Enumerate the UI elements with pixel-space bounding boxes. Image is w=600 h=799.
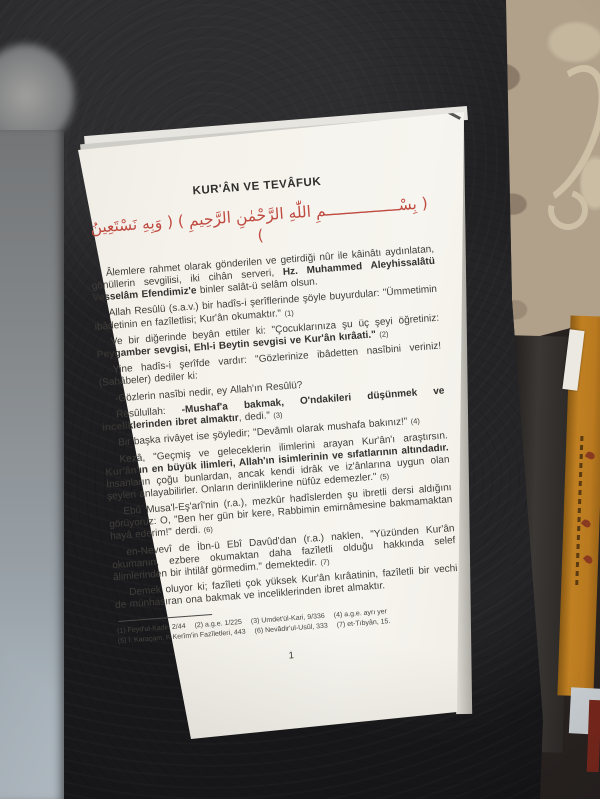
- footnote-marker: (4): [410, 417, 420, 427]
- body-paragraphs: Âlemlere rahmet olarak gönderilen ve get…: [91, 244, 459, 612]
- footnote-marker: (1): [284, 308, 294, 318]
- footnote-marker: (7): [320, 557, 330, 567]
- page-number: 1: [119, 638, 463, 674]
- page-content: KUR'ÂN VE TEVÂFUK ( بِسْــــــــــــــــ…: [66, 123, 482, 715]
- footnote-item: (7) et-Tıbyân, 15.: [337, 618, 391, 629]
- footnotes: (1) Feyd'ul-Kadir, 2/44(2) a.g.e. 1/225(…: [117, 602, 461, 646]
- text-run: , dedi.": [238, 410, 273, 424]
- footnote-marker: (5): [380, 472, 390, 482]
- footnote-marker: (3): [273, 410, 283, 420]
- footnote-marker: (2): [379, 329, 389, 339]
- book-photo-scene: KUR'ÂN VE TEVÂFUK ( بِسْــــــــــــــــ…: [0, 0, 600, 799]
- footnote-marker: (6): [203, 525, 213, 535]
